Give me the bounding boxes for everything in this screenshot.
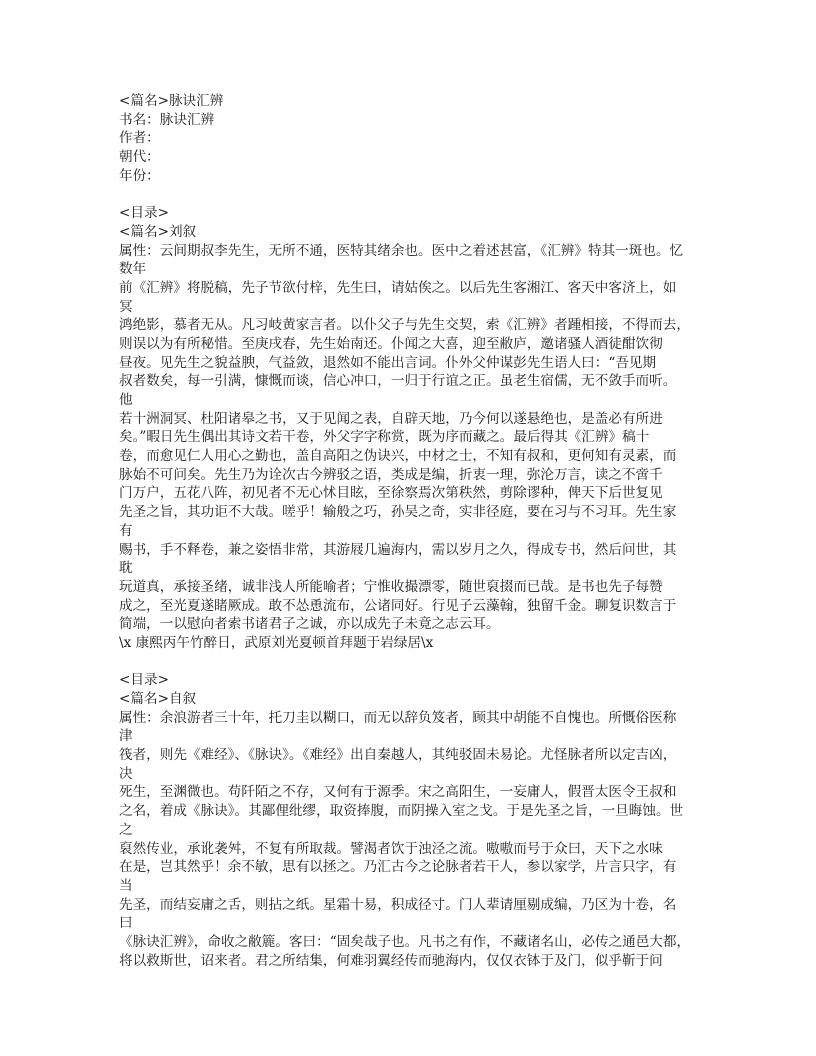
- text-line: 他: [119, 391, 699, 410]
- text-line: 简端，一以慰向者索书诸君子之诚，亦以成先子未竟之志云耳。: [119, 615, 699, 634]
- text-line: 之: [119, 821, 699, 840]
- text-line: 将以救斯世，诏来者。君之所结集，何难羽翼经传而驰海内，仅仅衣钵于及门，似乎靳于问: [119, 952, 699, 971]
- text-line: 先圣，而结妄庸之舌，则拈之纸。星霜十易，积成径寸。门人辈请厘剔成编，乃区为十卷，…: [119, 896, 699, 915]
- section-title-tag: <篇名>自叙: [119, 690, 699, 709]
- text-line: 门万户，五花八阵，初见者不无心怵目眩，至徐察焉次第秩然，剪除谬种，俾天下后世复见: [119, 484, 699, 503]
- year-field: 年份：: [119, 167, 699, 186]
- text-line: 昼夜。见先生之貌益腴，气益敛，退然如不能出言词。仆外父仲谋彭先生语人曰：“吾见期: [119, 354, 699, 373]
- section-title-tag: <篇名>刘叙: [119, 223, 699, 242]
- text-line: 若十洲洞冥、杜阳诸皋之书，又于见闻之表，自辟天地，乃今何以遂悬绝也，是盖必有所进: [119, 410, 699, 429]
- text-line: 《脉诀汇辨》，命收之敝簏。客曰：“固矣哉子也。凡书之有作，不藏诸名山，必传之通邑…: [119, 933, 699, 952]
- author-field: 作者：: [119, 129, 699, 148]
- text-line: 矣。”暇日先生偶出其诗文若干卷，外父字字称赏，既为序而藏之。最后得其《汇辨》稿十: [119, 428, 699, 447]
- text-line: 决: [119, 765, 699, 784]
- text-line: 曰: [119, 914, 699, 933]
- text-line: 在是，岂其然乎！余不敏，思有以拯之。乃汇古今之论脉者若干人，参以家学，片言只字，…: [119, 858, 699, 877]
- book-name: 书名：脉诀汇辨: [119, 111, 699, 130]
- text-line: 先圣之旨，其功讵不大哉。嗟乎！输般之巧，孙吴之奇，实非径庭，要在习与不习耳。先生…: [119, 503, 699, 522]
- text-line: 前《汇辨》将脱稿，先子节欲付梓，先生曰，请姑俟之。以后先生客湘江、客天中客济上，…: [119, 279, 699, 298]
- text-line: 属性：云间期叔李先生，无所不通，医特其绪余也。医中之着述甚富，《汇辨》特其一斑也…: [119, 242, 699, 261]
- text-line: 津: [119, 727, 699, 746]
- text-line: 脉始不可问矣。先生乃为诠次古今辨驳之语，类成是编，折衷一理，弥沦万言，读之不啻千: [119, 466, 699, 485]
- text-line: 冥: [119, 298, 699, 317]
- spacer: [119, 653, 699, 672]
- text-line: 耽: [119, 559, 699, 578]
- text-line: 叔者数矣，每一引满，慷慨而谈，信心冲口，一归于行谊之正。虽老生宿儒，无不敛手而听…: [119, 372, 699, 391]
- text-line: 成之，至光夏遂睹厥成。敢不怂恿流布，公诸同好。行见子云藻翰，独留千金。聊复识数言…: [119, 597, 699, 616]
- text-line: 则误以为有所秘惜。至庚戌春，先生始南还。仆闻之大喜，迎至敝庐，邀诸骚人酒徒酣饮彻: [119, 335, 699, 354]
- text-line: 筏者，则先《难经》、《脉诀》。《难经》出自秦越人，其纯驳固未易论。尤怪脉者所以定…: [119, 746, 699, 765]
- text-line: 裒然传业，承讹袭舛，不复有所取裁。譬渴者饮于浊泾之流。嗷嗷而号于众曰，天下之水味: [119, 840, 699, 859]
- text-line: 属性：余浪游者三十年，托刀圭以糊口，而无以辞负笈者，顾其中胡能不自愧也。所慨俗医…: [119, 709, 699, 728]
- text-line: 鸿绝影，慕者无从。凡习岐黄家言者。以仆父子与先生交契，索《汇辨》者踵相接，不得而…: [119, 316, 699, 335]
- toc-tag: <目录>: [119, 204, 699, 223]
- text-line: 卷，而愈见仁人用心之勤也，盖自高阳之伪诀兴，中材之士，不知有叔和，更何知有灵素，…: [119, 447, 699, 466]
- text-line: 有: [119, 522, 699, 541]
- document-page: <篇名>脉诀汇辨 书名：脉诀汇辨 作者： 朝代： 年份： <目录> <篇名>刘叙…: [119, 92, 699, 970]
- text-line: 赐书，手不释卷，兼之姿悟非常，其游屐几遍海内，需以岁月之久，得成专书，然后问世，…: [119, 541, 699, 560]
- text-line: 玩道真，承接圣绪，诚非浅人所能喻者；宁惟收撮漂零，随世裒掇而已哉。是书也先子每赞: [119, 578, 699, 597]
- spacer: [119, 185, 699, 204]
- text-line: 之名，着成《脉诀》。其鄙俚纰缪，取资捧腹，而阴操入室之戈。于是先圣之旨，一旦晦蚀…: [119, 802, 699, 821]
- dynasty-field: 朝代：: [119, 148, 699, 167]
- text-line: 当: [119, 877, 699, 896]
- section-self-preface: <目录> <篇名>自叙 属性：余浪游者三十年，托刀圭以糊口，而无以辞负笈者，顾其…: [119, 671, 699, 970]
- text-line: 死生，至渊微也。苟阡陌之不存，又何有于源季。宋之高阳生，一妄庸人，假晋太医令王叔…: [119, 783, 699, 802]
- text-line: 数年: [119, 260, 699, 279]
- document-title-tag: <篇名>脉诀汇辨: [119, 92, 699, 111]
- toc-tag: <目录>: [119, 671, 699, 690]
- section-liu-preface: <目录> <篇名>刘叙 属性：云间期叔李先生，无所不通，医特其绪余也。医中之着述…: [119, 204, 699, 653]
- signature-line: \x 康熙丙午竹醉日，武原刘光夏顿首拜题于岩绿居\x: [119, 634, 699, 653]
